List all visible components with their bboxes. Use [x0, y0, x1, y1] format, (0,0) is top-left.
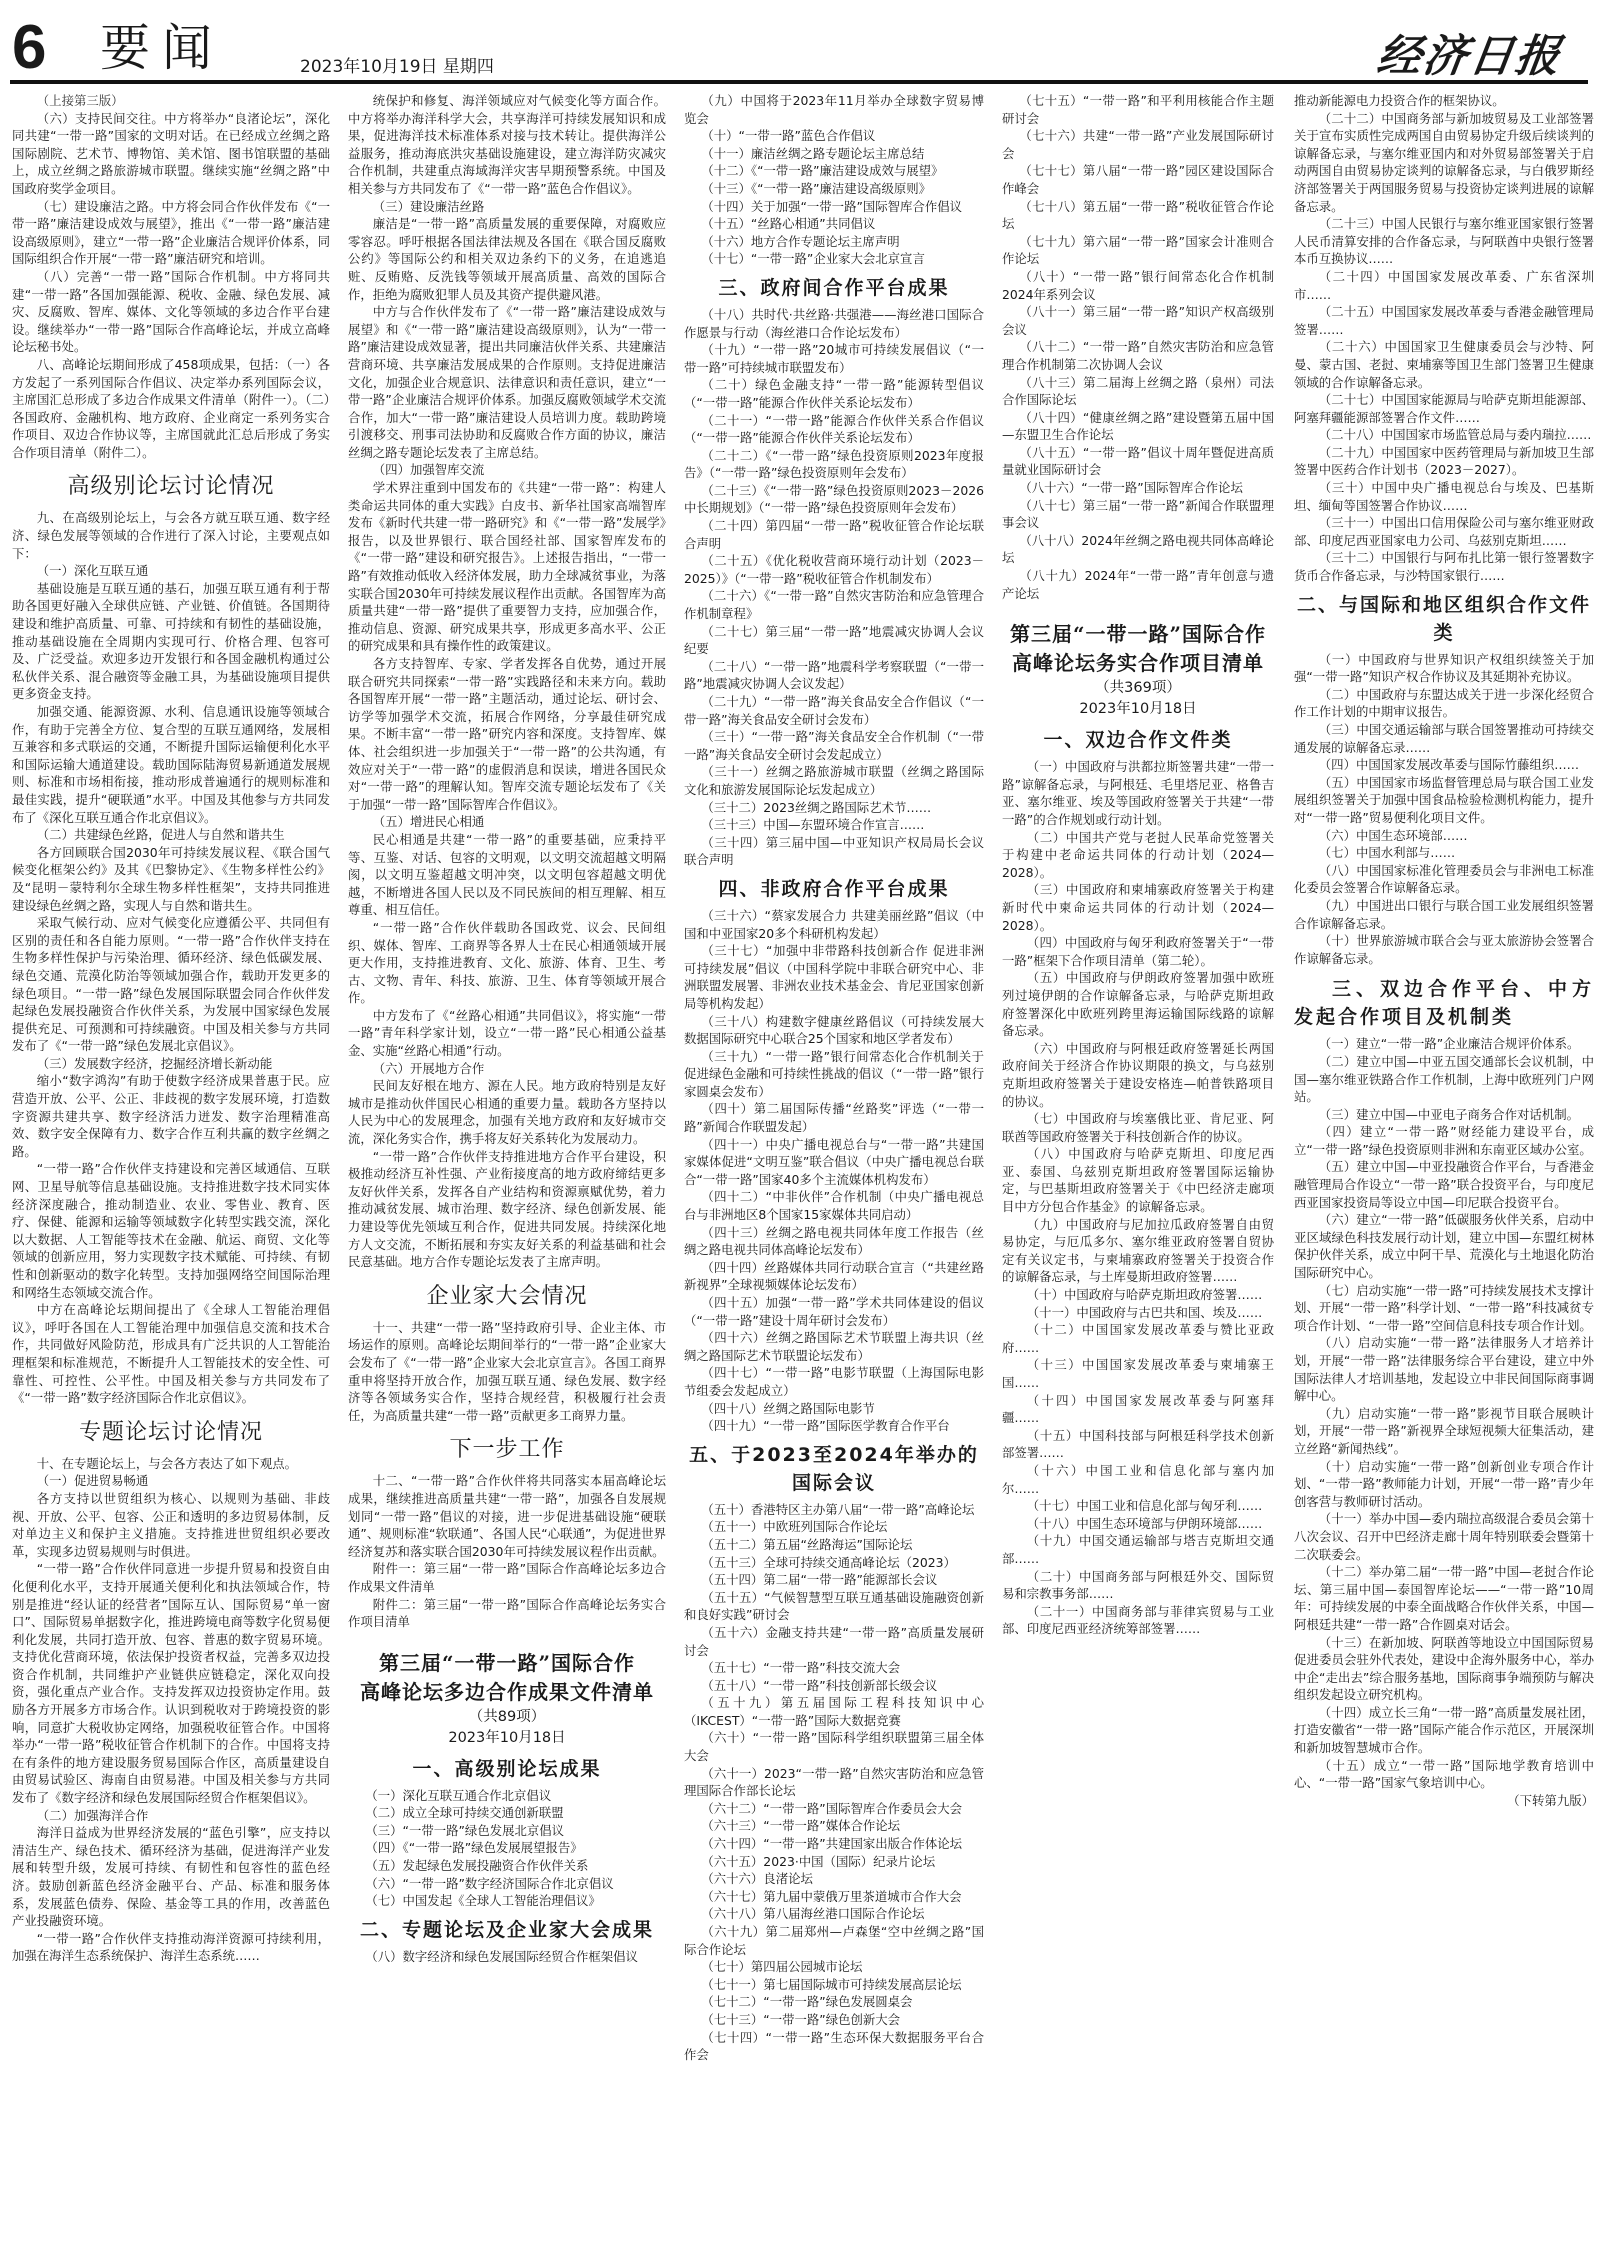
annex1-section-2: 二、专题论坛及企业家大会成果	[348, 1916, 666, 1944]
paragraph: （二）共建绿色丝路，促进人与自然和谐共生	[12, 826, 330, 844]
paragraph: （八）中国政府与哈萨克斯坦、印度尼西亚、泰国、乌兹别克斯坦政府签署国际运输协定，…	[1002, 1145, 1274, 1215]
paragraph: （五十八）“一带一路”科技创新部长级会议	[684, 1677, 984, 1695]
paragraph: 海洋日益成为世界经济发展的“蓝色引擎”，应支持以清洁生产、绿色技术、循环经济为基…	[12, 1824, 330, 1930]
paragraph: 附件二：第三届“一带一路”国际合作高峰论坛务实合作项目清单	[348, 1596, 666, 1631]
paragraph: （一）中国政府与世界知识产权组织续签关于加强“一带一路”知识产权合作协议及其延期…	[1294, 651, 1594, 686]
paragraph: （三十二）中国银行与阿布扎比第一银行签署数字货币合作备忘录，与沙特国家银行……	[1294, 549, 1594, 584]
paragraph: （七）中国政府与埃塞俄比亚、肯尼亚、阿联酋等国政府签署关于科技创新合作的协议。	[1002, 1110, 1274, 1145]
paragraph: （四十八）丝绸之路国际电影节	[684, 1400, 984, 1418]
paragraph: （十七）中国工业和信息化部与匈牙利……	[1002, 1497, 1274, 1515]
paragraph: （三十六）“蔡家发展合力 共建美丽丝路”倡议（中国和中亚国家20多个科研机构发起…	[684, 907, 984, 942]
paragraph: （二十八）“一带一路”地震科学考察联盟（“一带一路”地震减灾协调人会议发起）	[684, 658, 984, 693]
paragraph: （三）中国交通运输部与联合国签署推动可持续交通发展的谅解备忘录……	[1294, 721, 1594, 756]
paragraph: （六）中国政府与阿根廷政府签署延长两国政府间关于经济合作协议期限的换文，与乌兹别…	[1002, 1040, 1274, 1110]
paragraph: （十八）中国生态环境部与伊朗环境部……	[1002, 1515, 1274, 1533]
paragraph: （三）建设廉洁丝路	[348, 198, 666, 216]
paragraph: （二）中国政府与东盟达成关于进一步深化经贸合作工作计划的中期审议报告。	[1294, 686, 1594, 721]
paragraph: 各方回顾联合国2030年可持续发展议程、《联合国气候变化框架公约》及其《巴黎协定…	[12, 844, 330, 914]
col1-paragraphs: （六）支持民间交往。中方将举办“良渚论坛”，深化同共建“一带一路”国家的文明对话…	[12, 110, 330, 462]
paragraph: （八十四）“健康丝绸之路”建设暨第五届中国—东盟卫生合作论坛	[1002, 409, 1274, 444]
paragraph: （三十）中国中央广播电视总台与埃及、巴基斯坦、缅甸等国签署合作协议……	[1294, 479, 1594, 514]
paragraph: （六十五）2023·中国（国际）纪录片论坛	[684, 1853, 984, 1871]
paragraph: （六）建立“一带一路”低碳服务伙伴关系，启动中亚区域绿色科技发展行动计划，建立中…	[1294, 1211, 1594, 1281]
paragraph: （七）启动实施“一带一路”可持续发展技术支撑计划、开展“一带一路”科学计划、“一…	[1294, 1282, 1594, 1335]
paragraph: （八）中国国家标准化管理委员会与非洲电工标准化委员会签署合作谅解备忘录。	[1294, 862, 1594, 897]
paragraph: （五十）香港特区主办第八届“一带一路”高峰论坛	[684, 1501, 984, 1519]
annex2-items-d: （一）建立“一带一路”企业廉洁合规评价体系。（二）建立中国—中亚五国交通部长会议…	[1294, 1035, 1594, 1792]
paragraph: （十四）成立长三角“一带一路”高质量发展社团，打造安徽省“一带一路”国际产能合作…	[1294, 1704, 1594, 1757]
paragraph: （八十三）第二届海上丝绸之路（泉州）司法合作国际论坛	[1002, 374, 1274, 409]
paragraph: （四十二）“中非伙伴”合作机制（中央广播电视总台与非洲地区8个国家15家媒体共同…	[684, 1188, 984, 1223]
annex1-items-e: （七十五）“一带一路”和平利用核能合作主题研讨会（七十六）共建“一带一路”产业发…	[1002, 92, 1274, 602]
paragraph: （七十二）“一带一路”绿色发展圆桌会	[684, 1993, 984, 2011]
paragraph: （八十一）第三届“一带一路”知识产权高级别会议	[1002, 303, 1274, 338]
paragraph: 九、在高级别论坛上，与会各方就互联互通、数字经济、绿色发展等领域的合作进行了深入…	[12, 509, 330, 562]
paragraph: “一带一路”合作伙伴支持推进地方合作平台建设，积极推动经济互补性强、产业衔接度高…	[348, 1148, 666, 1271]
paragraph: （三十一）丝绸之路旅游城市联盟（丝绸之路国际文化和旅游发展国际论坛发起成立）	[684, 763, 984, 798]
paragraph: （六十一）2023“一带一路”自然灾害防治和应急管理国际合作部长论坛	[684, 1765, 984, 1800]
paragraph: （十五）成立“一带一路”国际地学教育培训中心、“一带一路”国家气象培训中心。	[1294, 1757, 1594, 1792]
paragraph: （十七）“一带一路”企业家大会北京宣言	[684, 250, 984, 268]
paragraph: （二十九）中国国家中医药管理局与新加坡卫生部签署中医药合作计划书（2023－20…	[1294, 444, 1594, 479]
paragraph: （六十七）第九届中蒙俄万里茶道城市合作大会	[684, 1888, 984, 1906]
paragraph: （七十一）第七届国际城市可持续发展高层论坛	[684, 1976, 984, 1994]
paragraph: 统保护和修复、海洋领域应对气候变化等方面合作。中方将举办海洋科学大会，共享海洋可…	[348, 92, 666, 198]
column-4: （七十五）“一带一路”和平利用核能合作主题研讨会（七十六）共建“一带一路”产业发…	[1002, 92, 1274, 2267]
paragraph: （二）加强海洋合作	[12, 1807, 330, 1825]
paragraph: （五十五）“气候智慧型互联互通基础设施融资创新和良好实践”研讨会	[684, 1589, 984, 1624]
paragraph: （十）“一带一路”蓝色合作倡议	[684, 127, 984, 145]
paragraph: （二十三）中国人民银行与塞尔维亚国家银行签署人民币清算安排的合作备忘录，与阿联酋…	[1294, 215, 1594, 268]
paragraph: （五十三）全球可持续交通高峰论坛（2023）	[684, 1554, 984, 1572]
col1-paragraphs-2: 九、在高级别论坛上，与会各方就互联互通、数字经济、绿色发展等领域的合作进行了深入…	[12, 509, 330, 1406]
paragraph: （七十七）第八届“一带一路”园区建设国际合作峰会	[1002, 162, 1274, 197]
paragraph: （十三）中国国家发展改革委与柬埔寨王国……	[1002, 1356, 1274, 1391]
paragraph: （四十六）丝绸之路国际艺术节联盟上海共识（丝绸之路国际艺术节联盟论坛发布）	[684, 1329, 984, 1364]
annex2-title-line2: 高峰论坛务实合作项目清单	[1002, 649, 1274, 678]
paragraph: “一带一路”合作伙伴支持推动海洋资源可持续利用，加强在海洋生态系统保护、海洋生态…	[12, 1930, 330, 1965]
continued-to: （下转第九版）	[1294, 1792, 1594, 1810]
paragraph: （四）中国政府与匈牙利政府签署关于“一带一路”框架下合作项目清单（第二轮）。	[1002, 934, 1274, 969]
annex2-items-a: 推动新能源电力投资合作的框架协议。（二十二）中国商务部与新加坡贸易及工业部签署关…	[1294, 92, 1594, 585]
paragraph: （十九）“一带一路”20城市可持续发展倡议（“一带一路”可持续城市联盟发布）	[684, 341, 984, 376]
paragraph: （二十）中国商务部与阿根廷外交、国际贸易和宗教事务部……	[1002, 1568, 1274, 1603]
paragraph: （六十八）第八届海丝港口国际合作论坛	[684, 1905, 984, 1923]
paragraph: （六）中国生态环境部……	[1294, 827, 1594, 845]
paragraph: （五十七）“一带一路”科技交流大会	[684, 1659, 984, 1677]
annex1-items-b: （十八）共时代·共丝路·共强港——海丝港口国际合作愿景与行动（海丝港口合作论坛发…	[684, 306, 984, 869]
masthead: 6 要闻 2023年10月19日 星期四 经济日报	[0, 0, 1600, 78]
paragraph: （五）发起绿色发展投融资合作伙伴关系	[348, 1857, 666, 1875]
paragraph: （六）支持民间交往。中方将举办“良渚论坛”，深化同共建“一带一路”国家的文明对话…	[12, 110, 330, 198]
paragraph: （一）深化互联互通	[12, 562, 330, 580]
paragraph: （三十七）“加强中非带路科技创新合作 促进非洲可持续发展”倡议（中国科学院中非联…	[684, 942, 984, 1012]
paragraph: （二十五）中国国家发展改革委与香港金融管理局签署……	[1294, 303, 1594, 338]
paragraph: （二十五）《优化税收营商环境行动计划（2023－2025）》（“一带一路”税收征…	[684, 552, 984, 587]
paragraph: （二十九）“一带一路”海关食品安全合作倡议（“一带一路”海关食品安全研讨会发布）	[684, 693, 984, 728]
col2-paragraphs: 统保护和修复、海洋领域应对气候变化等方面合作。中方将举办海洋科学大会，共享海洋可…	[348, 92, 666, 1271]
paragraph: （四十一）中央广播电视总台与“一带一路”共建国家媒体促进“文明互鉴”联合倡议（中…	[684, 1136, 984, 1189]
paragraph: （六十二）“一带一路”国际智库合作委员会大会	[684, 1800, 984, 1818]
paragraph: “一带一路”合作伙伴载助各国政党、议会、民间组织、媒体、智库、工商界等各界人士在…	[348, 919, 666, 1007]
paragraph: 基础设施是互联互通的基石，加强互联互通有利于帮助各国更好融入全球供应链、产业链、…	[12, 580, 330, 703]
paragraph: 学术界注重到中国发布的《共建“一带一路”：构建人类命运共同体的重大实践》白皮书、…	[348, 479, 666, 655]
paragraph: 采取气候行动、应对气候变化应遵循公平、共同但有区别的责任和各自能力原则。“一带一…	[12, 914, 330, 1055]
paragraph: （五）建立中国—中亚投融资合作平台，与香港金融管理局合作设立“一带一路”联合投资…	[1294, 1158, 1594, 1211]
paragraph: （三）发展数字经济，挖掘经济增长新动能	[12, 1055, 330, 1073]
paragraph: 缩小“数字鸿沟”有助于使数字经济成果普惠于民。应营造开放、公平、公正、非歧视的数…	[12, 1072, 330, 1160]
annex1-section-5: 五、于2023至2024年举办的国际会议	[684, 1441, 984, 1497]
paragraph: 各方支持智库、专家、学者发挥各自优势，通过开展联合研究共同探索“一带一路”实践路…	[348, 655, 666, 813]
paragraph: （十六）地方合作专题论坛主席声明	[684, 233, 984, 251]
paragraph: （六十三）“一带一路”媒体合作论坛	[684, 1817, 984, 1835]
paragraph: （九）中国政府与尼加拉瓜政府签署自由贸易协定，与厄瓜多尔、塞尔维亚政府签署自贸协…	[1002, 1216, 1274, 1286]
annex2-section-2: 二、与国际和地区组织合作文件类	[1294, 591, 1594, 647]
paragraph: （五十九）第五届国际工程科技知识中心（IKCEST）“一带一路”国际大数据竞赛	[684, 1694, 984, 1729]
paragraph: （四）中国国家发展改革委与国际竹藤组织……	[1294, 756, 1594, 774]
paragraph: （二十六）《“一带一路”自然灾害防治和应急管理合作机制章程》	[684, 587, 984, 622]
paragraph: （二十三）《“一带一路”绿色投资原则2023－2026中长期规划》（“一带一路”…	[684, 482, 984, 517]
paragraph: （五十四）第二届“一带一路”能源部长会议	[684, 1571, 984, 1589]
annex1-section-3: 三、政府间合作平台成果	[684, 274, 984, 302]
annex1-items-c: （三十六）“蔡家发展合力 共建美丽丝路”倡议（中国和中亚国家20多个科研机构发起…	[684, 907, 984, 1435]
continued-from: （上接第三版）	[12, 92, 330, 110]
paragraph: （七）建设廉洁之路。中方将会同合作伙伴发布《“一带一路”廉洁建设成效与展望》，推…	[12, 198, 330, 268]
paragraph: （六十）“一带一路”国际科学组织联盟第三届全体大会	[684, 1729, 984, 1764]
paragraph: （二十六）中国国家卫生健康委员会与沙特、阿曼、蒙古国、老挝、柬埔寨等国卫生部门签…	[1294, 338, 1594, 391]
paragraph: （十二）中国国家发展改革委与赞比亚政府……	[1002, 1321, 1274, 1356]
paragraph: （五十一）中欧班列国际合作论坛	[684, 1518, 984, 1536]
annex1-items-1: （一）深化互联互通合作北京倡议（二）成立全球可持续交通创新联盟（三）“一带一路”…	[348, 1787, 666, 1910]
paragraph: （三）“一带一路”绿色发展北京倡议	[348, 1822, 666, 1840]
column-2: 统保护和修复、海洋领域应对气候变化等方面合作。中方将举办海洋科学大会，共享海洋可…	[348, 92, 666, 2267]
paragraph: （十一）举办中国—委内瑞拉高级混合委员会第十八次会议、召开中巴经济走廊十周年特别…	[1294, 1510, 1594, 1563]
paragraph: （八十七）第三届“一带一路”新闻合作联盟理事会议	[1002, 497, 1274, 532]
paragraph: （二）建立中国—中亚五国交通部长会议机制，中国—塞尔维亚铁路合作工作机制，上海中…	[1294, 1053, 1594, 1106]
annex2-date: 2023年10月18日	[1002, 699, 1274, 720]
annex1-count: （共89项）	[348, 1707, 666, 1728]
paragraph: 民间友好根在地方、源在人民。地方政府特别是友好城市是推动伙伴国民心相通的重要力量…	[348, 1077, 666, 1147]
paragraph: “一带一路”合作伙伴支持建设和完善区域通信、互联网、卫星导航等信息基础设施。支持…	[12, 1160, 330, 1301]
heading-thematic-forum: 专题论坛讨论情况	[12, 1417, 330, 1449]
paragraph: （七十）第四届公园城市论坛	[684, 1958, 984, 1976]
column-3: （九）中国将于2023年11月举办全球数字贸易博览会（十）“一带一路”蓝色合作倡…	[684, 92, 984, 2267]
paragraph: 加强交通、能源资源、水利、信息通讯设施等领域合作，有助于完善全方位、复合型的互联…	[12, 703, 330, 826]
paragraph: （六）“一带一路”数字经济国际合作北京倡议	[348, 1875, 666, 1893]
paragraph: （一）深化互联互通合作北京倡议	[348, 1787, 666, 1805]
paragraph: （四十三）丝绸之路电视共同体年度工作报告（丝绸之路电视共同体高峰论坛发布）	[684, 1224, 984, 1259]
paragraph: （五十二）第五届“丝路海运”国际论坛	[684, 1536, 984, 1554]
annex1-items-a: （九）中国将于2023年11月举办全球数字贸易博览会（十）“一带一路”蓝色合作倡…	[684, 92, 984, 268]
paragraph: 八、高峰论坛期间形成了458项成果，包括：（一）各方发起了一系列国际合作倡议、决…	[12, 356, 330, 462]
paragraph: （七十九）第六届“一带一路”国家会计准则合作论坛	[1002, 233, 1274, 268]
paragraph: （八十）“一带一路”银行间常态化合作机制2024年系列会议	[1002, 268, 1274, 303]
paragraph: （十八）共时代·共丝路·共强港——海丝港口国际合作愿景与行动（海丝港口合作论坛发…	[684, 306, 984, 341]
annex1-section-4: 四、非政府合作平台成果	[684, 875, 984, 903]
paragraph: （八十五）“一带一路”倡议十周年暨促进高质量就业国际研讨会	[1002, 444, 1274, 479]
paragraph: （二十四）中国国家发展改革委、广东省深圳市……	[1294, 268, 1594, 303]
paragraph: （八）启动实施“一带一路”法律服务人才培养计划，开展“一带一路”法律服务综合平台…	[1294, 1334, 1594, 1404]
paragraph: （三十八）构建数字健康丝路倡议（可持续发展大数据国际研究中心联合25个国家和地区…	[684, 1013, 984, 1048]
paragraph: （一）中国政府与洪都拉斯签署共建“一带一路”谅解备忘录，与阿根廷、毛里塔尼亚、格…	[1002, 758, 1274, 828]
paragraph: （八）数字经济和绿色发展国际经贸合作框架倡议	[348, 1948, 666, 1966]
paragraph: （十九）中国交通运输部与塔吉克斯坦交通部……	[1002, 1532, 1274, 1567]
annex1-date: 2023年10月18日	[348, 1728, 666, 1749]
paragraph: （八）完善“一带一路”国际合作机制。中方将同共建“一带一路”各国加强能源、税收、…	[12, 268, 330, 356]
paragraph: （二）中国共产党与老挝人民革命党签署关于构建中老命运共同体的行动计划（2024—…	[1002, 829, 1274, 882]
paragraph: （四十五）加强“一带一路”学术共同体建设的倡议（“一带一路”建设十周年研讨会发布…	[684, 1294, 984, 1329]
paragraph: （三十九）“一带一路”银行间常态化合作机制关于促进绿色金融和可持续性挑战的倡议（…	[684, 1048, 984, 1101]
paragraph: （四）《“一带一路”绿色发展展望报告》	[348, 1839, 666, 1857]
paragraph: （二十一）中国商务部与菲律宾贸易与工业部、印度尼西亚经济统筹部签署……	[1002, 1603, 1274, 1638]
paragraph: （三）中国政府和柬埔寨政府签署关于构建新时代中柬命运共同体的行动计划（2024—…	[1002, 881, 1274, 934]
heading-high-level-forum: 高级别论坛讨论情况	[12, 471, 330, 503]
paragraph: （九）启动实施“一带一路”影视节目联合展映计划，开展“一带一路”新视界全球短视频…	[1294, 1405, 1594, 1458]
paragraph: （六十九）第二届郑州—卢森堡“空中丝绸之路”国际合作论坛	[684, 1923, 984, 1958]
paragraph: 中方与合作伙伴发布了《“一带一路”廉洁建设成效与展望》和《“一带一路”廉洁建设高…	[348, 303, 666, 461]
paragraph: （十二）《“一带一路”廉洁建设成效与展望》	[684, 162, 984, 180]
paragraph: （七十五）“一带一路”和平利用核能合作主题研讨会	[1002, 92, 1274, 127]
paragraph: 十一、共建“一带一路”坚持政府引导、企业主体、市场运作的原则。高峰论坛期间举行的…	[348, 1319, 666, 1425]
annex1-title-line1: 第三届“一带一路”国际合作	[348, 1649, 666, 1678]
paragraph: （七十八）第五届“一带一路”税收征管合作论坛	[1002, 198, 1274, 233]
paragraph: （十一）廉洁丝绸之路专题论坛主席总结	[684, 145, 984, 163]
paragraph: （三十二）2023丝绸之路国际艺术节……	[684, 799, 984, 817]
annex2-section-3: 三、双边合作平台、中方发起合作项目及机制类	[1294, 975, 1594, 1031]
paragraph: （七十四）“一带一路”生态环保大数据服务平台合作会	[684, 2029, 984, 2064]
paragraph: （八十六）“一带一路”国际智库合作论坛	[1002, 479, 1274, 497]
paragraph: （六）开展地方合作	[348, 1060, 666, 1078]
column-5: 推动新能源电力投资合作的框架协议。（二十二）中国商务部与新加坡贸易及工业部签署关…	[1294, 92, 1594, 2267]
paragraph: （四）加强智库交流	[348, 461, 666, 479]
paragraph: （四十四）丝路媒体共同行动联合宣言（“共建丝路新视界”全球视频媒体论坛发布）	[684, 1259, 984, 1294]
paragraph: （六十四）“一带一路”共建国家出版合作体论坛	[684, 1835, 984, 1853]
annex2-count: （共369项）	[1002, 678, 1274, 699]
annex1-items-d: （五十）香港特区主办第八届“一带一路”高峰论坛（五十一）中欧班列国际合作论坛（五…	[684, 1501, 984, 2064]
page-number: 6	[12, 18, 46, 78]
paragraph: 十二、“一带一路”合作伙伴将共同落实本届高峰论坛成果，继续推进高质量共建“一带一…	[348, 1472, 666, 1560]
paragraph: （二）成立全球可持续交通创新联盟	[348, 1804, 666, 1822]
issue-date: 2023年10月19日 星期四	[300, 52, 494, 77]
paragraph: （三十一）中国出口信用保险公司与塞尔维亚财政部、印度尼西亚国家电力公司、乌兹别克…	[1294, 514, 1594, 549]
paragraph: （八十八）2024年丝绸之路电视共同体高峰论坛	[1002, 532, 1274, 567]
column-1: （上接第三版） （六）支持民间交往。中方将举办“良渚论坛”，深化同共建“一带一路…	[12, 92, 330, 2267]
paragraph: （一）建立“一带一路”企业廉洁合规评价体系。	[1294, 1035, 1594, 1053]
col2-paragraphs-3: 十二、“一带一路”合作伙伴将共同落实本届高峰论坛成果，继续推进高质量共建“一带一…	[348, 1472, 666, 1630]
paragraph: （五）中国国家市场监督管理总局与联合国工业发展组织签署关于加强中国食品检验检测机…	[1294, 774, 1594, 827]
paragraph: 中方在高峰论坛期间提出了《全球人工智能治理倡议》，呼吁各国在人工智能治理中加强信…	[12, 1301, 330, 1407]
paragraph: （十三）《“一带一路”廉洁建设高级原则》	[684, 180, 984, 198]
paragraph: （四十九）“一带一路”国际医学教育合作平台	[684, 1417, 984, 1435]
paragraph: （四）建立“一带一路”财经能力建设平台，成立“一带一路”绿色投资原则非洲和东南亚…	[1294, 1123, 1594, 1158]
paragraph: （一）促进贸易畅通	[12, 1472, 330, 1490]
paragraph: （十五）中国科技部与阿根廷科学技术创新部签署……	[1002, 1427, 1274, 1462]
paragraph: （二十二）《“一带一路”绿色投资原则2023年度报告》（“一带一路”绿色投资原则…	[684, 447, 984, 482]
paragraph: （七）中国发起《全球人工智能治理倡议》	[348, 1892, 666, 1910]
paragraph: （十）启动实施“一带一路”创新创业专项合作计划、“一带一路”教师能力计划，开展“…	[1294, 1458, 1594, 1511]
paragraph: （十）世界旅游城市联合会与亚太旅游协会签署合作谅解备忘录。	[1294, 932, 1594, 967]
paragraph: 推动新能源电力投资合作的框架协议。	[1294, 92, 1594, 110]
col2-paragraphs-2: 十一、共建“一带一路”坚持政府引导、企业主体、市场运作的原则。高峰论坛期间举行的…	[348, 1319, 666, 1425]
paragraph: （五十六）金融支持共建“一带一路”高质量发展研讨会	[684, 1624, 984, 1659]
paragraph: （四十）第二届国际传播“丝路奖”评选（“一带一路”新闻合作联盟发起）	[684, 1100, 984, 1135]
paragraph: 各方支持以世贸组织为核心、以规则为基础、非歧视、开放、公平、包容、公正和透明的多…	[12, 1490, 330, 1560]
paragraph: （七）中国水利部与……	[1294, 844, 1594, 862]
paragraph: （二十七）中国国家能源局与哈萨克斯坦能源部、阿塞拜疆能源部签署合作文件……	[1294, 391, 1594, 426]
paragraph: 民心相通是共建“一带一路”的重要基础，应秉持平等、互鉴、对话、包容的文明观，以文…	[348, 831, 666, 919]
masthead-rule	[10, 80, 1588, 84]
annex1-items-2: （八）数字经济和绿色发展国际经贸合作框架倡议	[348, 1948, 666, 1966]
annex2-items-b: （一）中国政府与洪都拉斯签署共建“一带一路”谅解备忘录，与阿根廷、毛里塔尼亚、格…	[1002, 758, 1274, 1638]
paragraph: （七十三）“一带一路”绿色创新大会	[684, 2011, 984, 2029]
paragraph: （十六）中国工业和信息化部与塞内加尔……	[1002, 1462, 1274, 1497]
paragraph: （十五）“丝路心相通”共同倡议	[684, 215, 984, 233]
paragraph: （二十一）“一带一路”能源合作伙伴关系合作倡议（“一带一路”能源合作伙伴关系论坛…	[684, 412, 984, 447]
paragraph: （三十）“一带一路”海关食品安全合作机制（“一带一路”海关食品安全研讨会发起成立…	[684, 728, 984, 763]
paragraph: （五）中国政府与伊朗政府签署加强中欧班列过境伊朗的合作谅解备忘录，与哈萨克斯坦政…	[1002, 969, 1274, 1039]
paragraph: （六十六）良渚论坛	[684, 1870, 984, 1888]
paragraph: 十、在专题论坛上，与会各方表达了如下观点。	[12, 1455, 330, 1473]
paragraph: （十二）举办第二届“一带一路”中国—老挝合作论坛、第三届中国—泰国智库论坛——“…	[1294, 1563, 1594, 1633]
paragraph: （三）建立中国—中亚电子商务合作对话机制。	[1294, 1106, 1594, 1124]
heading-entrepreneurs: 企业家大会情况	[348, 1281, 666, 1313]
paragraph: （五）增进民心相通	[348, 813, 666, 831]
heading-next-steps: 下一步工作	[348, 1434, 666, 1466]
annex2-title-line1: 第三届“一带一路”国际合作	[1002, 620, 1274, 649]
paragraph: （七十六）共建“一带一路”产业发展国际研讨会	[1002, 127, 1274, 162]
paper-logo: 经济日报	[1374, 20, 1567, 84]
section-name: 要闻	[100, 20, 224, 76]
paragraph: （二十）绿色金融支持“一带一路”能源转型倡议（“一带一路”能源合作伙伴关系论坛发…	[684, 376, 984, 411]
paragraph: （二十二）中国商务部与新加坡贸易及工业部签署关于宣布实质性完成两国自由贸易协定升…	[1294, 110, 1594, 216]
annex2-section-1: 一、双边合作文件类	[1002, 726, 1274, 754]
paragraph: （八十二）“一带一路”自然灾害防治和应急管理合作机制第二次协调人会议	[1002, 338, 1274, 373]
annex1-section-1: 一、高级别论坛成果	[348, 1755, 666, 1783]
paragraph: （二十四）第四届“一带一路”税收征管合作论坛联合声明	[684, 517, 984, 552]
col1-paragraphs-3: 十、在专题论坛上，与会各方表达了如下观点。（一）促进贸易畅通各方支持以世贸组织为…	[12, 1455, 330, 1965]
paragraph: （十四）中国国家发展改革委与阿塞拜疆……	[1002, 1392, 1274, 1427]
paragraph: （三十三）中国—东盟环境合作宣言……	[684, 816, 984, 834]
paragraph: 中方发布了《“丝路心相通”共同倡议》，将实施“一带一路”青年科学家计划，设立“一…	[348, 1007, 666, 1060]
paragraph: （二十八）中国国家市场监管总局与委内瑞拉……	[1294, 426, 1594, 444]
annex1-title-line2: 高峰论坛多边合作成果文件清单	[348, 1678, 666, 1707]
paragraph: （二十七）第三届“一带一路”地震减灾协调人会议纪要	[684, 623, 984, 658]
annex2-items-c: （一）中国政府与世界知识产权组织续签关于加强“一带一路”知识产权合作协议及其延期…	[1294, 651, 1594, 968]
paragraph: （四十七）“一带一路”电影节联盟（上海国际电影节组委会发起成立）	[684, 1364, 984, 1399]
paragraph: “一带一路”合作伙伴同意进一步提升贸易和投资自由化便利化水平，支持开展通关便利化…	[12, 1560, 330, 1806]
paragraph: （八十九）2024年“一带一路”青年创意与遗产论坛	[1002, 567, 1274, 602]
paragraph: 附件一：第三届“一带一路”国际合作高峰论坛多边合作成果文件清单	[348, 1560, 666, 1595]
paragraph: （三十四）第三届中国—中亚知识产权局局长会议联合声明	[684, 834, 984, 869]
paragraph: （十三）在新加坡、阿联酋等地设立中国国际贸易促进委员会驻外代表处，建设中企海外服…	[1294, 1634, 1594, 1704]
paragraph: （十）中国政府与哈萨克斯坦政府签署……	[1002, 1286, 1274, 1304]
paragraph: （十四）关于加强“一带一路”国际智库合作倡议	[684, 198, 984, 216]
paragraph: （九）中国将于2023年11月举办全球数字贸易博览会	[684, 92, 984, 127]
paragraph: （十一）中国政府与古巴共和国、埃及……	[1002, 1304, 1274, 1322]
paragraph: （九）中国进出口银行与联合国工业发展组织签署合作谅解备忘录。	[1294, 897, 1594, 932]
paragraph: 廉洁是“一带一路”高质量发展的重要保障，对腐败应零容忍。呼吁根据各国法律法规及各…	[348, 215, 666, 303]
